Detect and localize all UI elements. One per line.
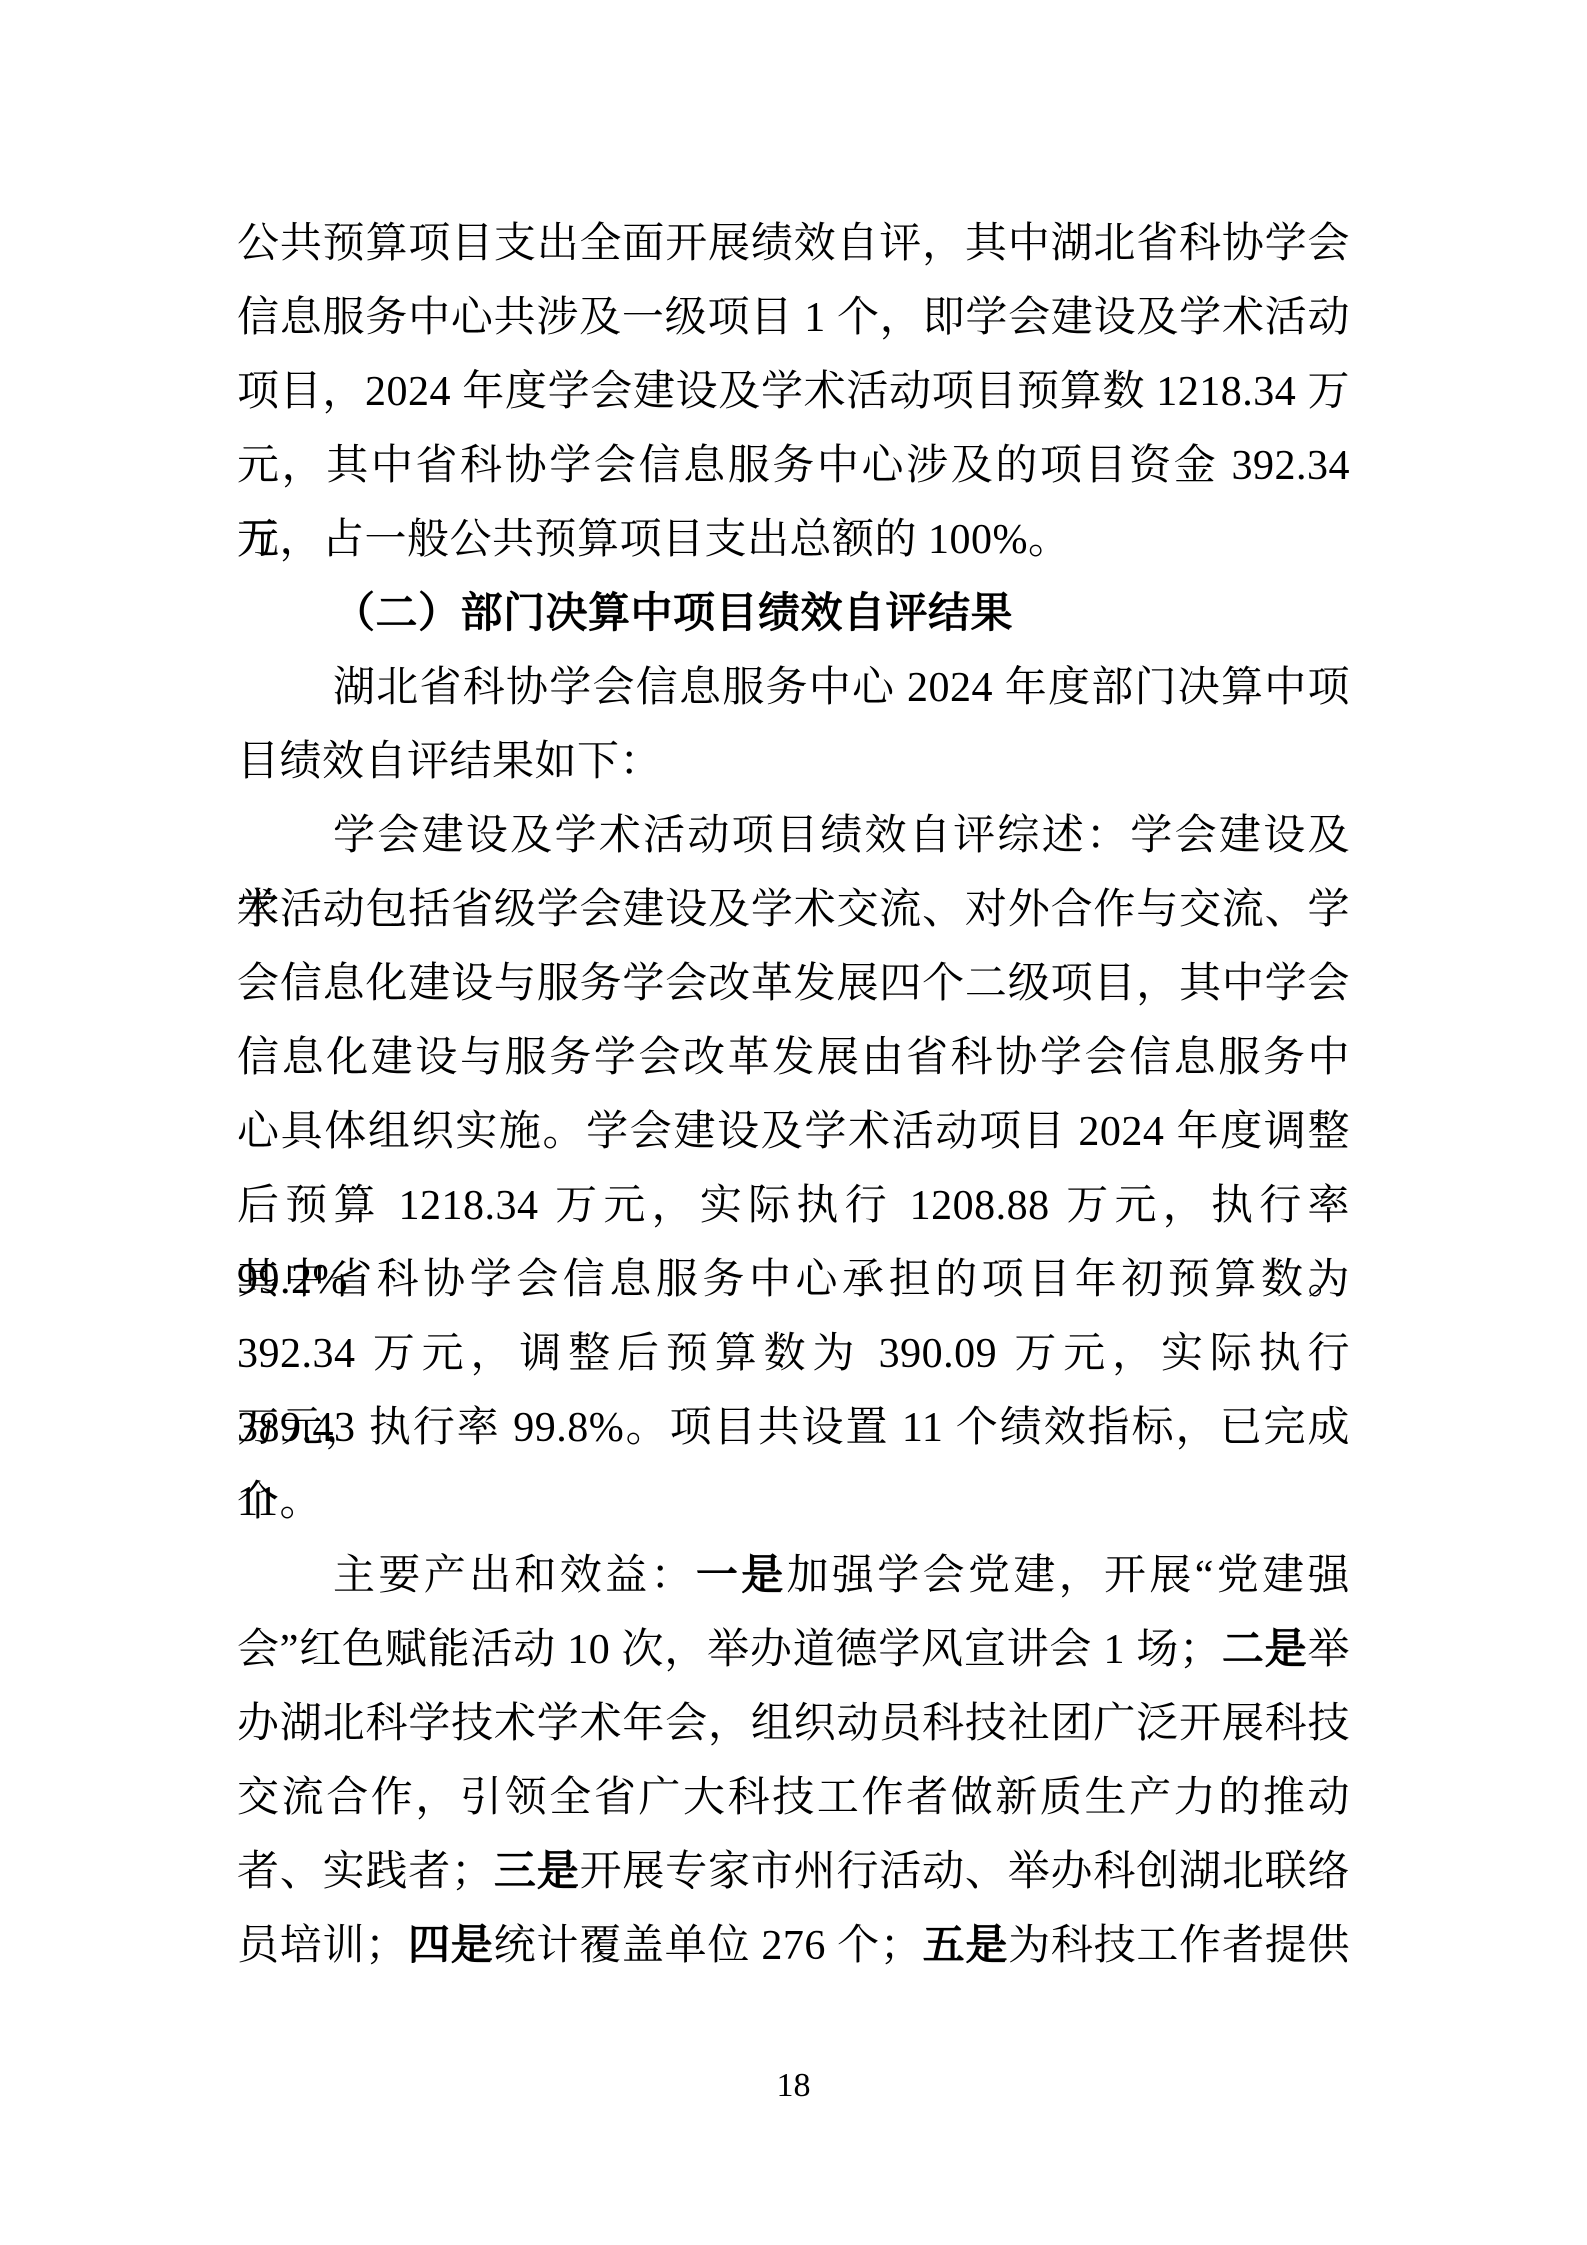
text-segment: 心具体组织实施。学会建设及学术活动项目 2024 年度调整: [237, 1109, 1350, 1155]
text-line: 信息化建设与服务学会改革发展由省科协学会信息服务中: [237, 1021, 1350, 1095]
text-segment: 为科技工作者提供: [1008, 1923, 1350, 1969]
text-segment: 三是: [494, 1849, 580, 1895]
text-segment: 目绩效自评结果如下：: [237, 739, 662, 785]
text-segment: 元，占一般公共预算项目支出总额的 100%。: [237, 517, 1071, 563]
text-segment: 加强学会党建，开展“党建强: [787, 1553, 1350, 1599]
text-line: 者、实践者；三是开展专家市州行活动、举办科创湖北联络: [237, 1835, 1350, 1909]
text-line: 学会建设及学术活动项目绩效自评综述：学会建设及学: [237, 799, 1350, 873]
text-segment: 个。: [237, 1479, 322, 1525]
text-segment: 员培训；: [237, 1923, 408, 1969]
text-line: 主要产出和效益：一是加强学会党建，开展“党建强: [237, 1539, 1350, 1613]
text-segment: 会”红色赋能活动 10 次，举办道德学风宣讲会 1 场；: [237, 1627, 1222, 1673]
text-line: 其中省科协学会信息服务中心承担的项目年初预算数为: [237, 1243, 1350, 1317]
text-line: 术活动包括省级学会建设及学术交流、对外合作与交流、学: [237, 873, 1350, 947]
text-line: 公共预算项目支出全面开展绩效自评，其中湖北省科协学会: [237, 207, 1350, 281]
text-line: 信息服务中心共涉及一级项目 1 个，即学会建设及学术活动: [237, 281, 1350, 355]
page-number: 18: [0, 2062, 1587, 2110]
text-line: 湖北省科协学会信息服务中心 2024 年度部门决算中项: [237, 651, 1350, 725]
text-line: 个。: [237, 1465, 1350, 1539]
text-segment: 举: [1307, 1627, 1350, 1673]
text-segment: 统计覆盖单位 276 个；: [494, 1923, 923, 1969]
text-segment: （二）部门决算中项目绩效自评结果: [333, 591, 1013, 637]
text-line: 元，其中省科协学会信息服务中心涉及的项目资金 392.34 万: [237, 429, 1350, 503]
text-segment: 五是: [922, 1923, 1008, 1969]
text-line: 后预算 1218.34 万元，实际执行 1208.88 万元，执行率 99.2%…: [237, 1169, 1350, 1243]
text-segment: 二是: [1222, 1627, 1308, 1673]
text-segment: 术活动包括省级学会建设及学术交流、对外合作与交流、学: [237, 887, 1350, 933]
document-page: 公共预算项目支出全面开展绩效自评，其中湖北省科协学会信息服务中心共涉及一级项目 …: [0, 0, 1587, 2245]
text-line: 员培训；四是统计覆盖单位 276 个；五是为科技工作者提供: [237, 1909, 1350, 1983]
text-segment: 一是: [696, 1553, 787, 1599]
text-segment: 交流合作，引领全省广大科技工作者做新质生产力的推动: [237, 1775, 1350, 1821]
text-line: 交流合作，引领全省广大科技工作者做新质生产力的推动: [237, 1761, 1350, 1835]
section-heading: （二）部门决算中项目绩效自评结果: [237, 577, 1350, 651]
text-line: 元，占一般公共预算项目支出总额的 100%。: [237, 503, 1350, 577]
text-segment: 项目，2024 年度学会建设及学术活动项目预算数 1218.34 万: [237, 369, 1350, 415]
text-line: 万元，执行率 99.8%。项目共设置 11 个绩效指标，已完成 11: [237, 1391, 1350, 1465]
text-line: 会”红色赋能活动 10 次，举办道德学风宣讲会 1 场；二是举: [237, 1613, 1350, 1687]
text-line: 目绩效自评结果如下：: [237, 725, 1350, 799]
text-segment: 其中省科协学会信息服务中心承担的项目年初预算数为: [237, 1257, 1350, 1303]
text-segment: 湖北省科协学会信息服务中心 2024 年度部门决算中项: [333, 665, 1350, 711]
text-line: 办湖北科学技术学术年会，组织动员科技社团广泛开展科技: [237, 1687, 1350, 1761]
text-segment: 公共预算项目支出全面开展绩效自评，其中湖北省科协学会: [237, 221, 1350, 267]
text-line: 392.34 万元，调整后预算数为 390.09 万元，实际执行 389.43: [237, 1317, 1350, 1391]
text-line: 心具体组织实施。学会建设及学术活动项目 2024 年度调整: [237, 1095, 1350, 1169]
text-line: 会信息化建设与服务学会改革发展四个二级项目，其中学会: [237, 947, 1350, 1021]
text-segment: 四是: [408, 1923, 494, 1969]
document-body: 公共预算项目支出全面开展绩效自评，其中湖北省科协学会信息服务中心共涉及一级项目 …: [237, 207, 1350, 1983]
text-line: 项目，2024 年度学会建设及学术活动项目预算数 1218.34 万: [237, 355, 1350, 429]
text-segment: 者、实践者；: [237, 1849, 494, 1895]
text-segment: 主要产出和效益：: [333, 1553, 696, 1599]
text-segment: 会信息化建设与服务学会改革发展四个二级项目，其中学会: [237, 961, 1350, 1007]
text-segment: 办湖北科学技术学术年会，组织动员科技社团广泛开展科技: [237, 1701, 1350, 1747]
text-segment: 信息化建设与服务学会改革发展由省科协学会信息服务中: [237, 1035, 1350, 1081]
text-segment: 信息服务中心共涉及一级项目 1 个，即学会建设及学术活动: [237, 295, 1350, 341]
text-segment: 开展专家市州行活动、举办科创湖北联络: [580, 1849, 1350, 1895]
